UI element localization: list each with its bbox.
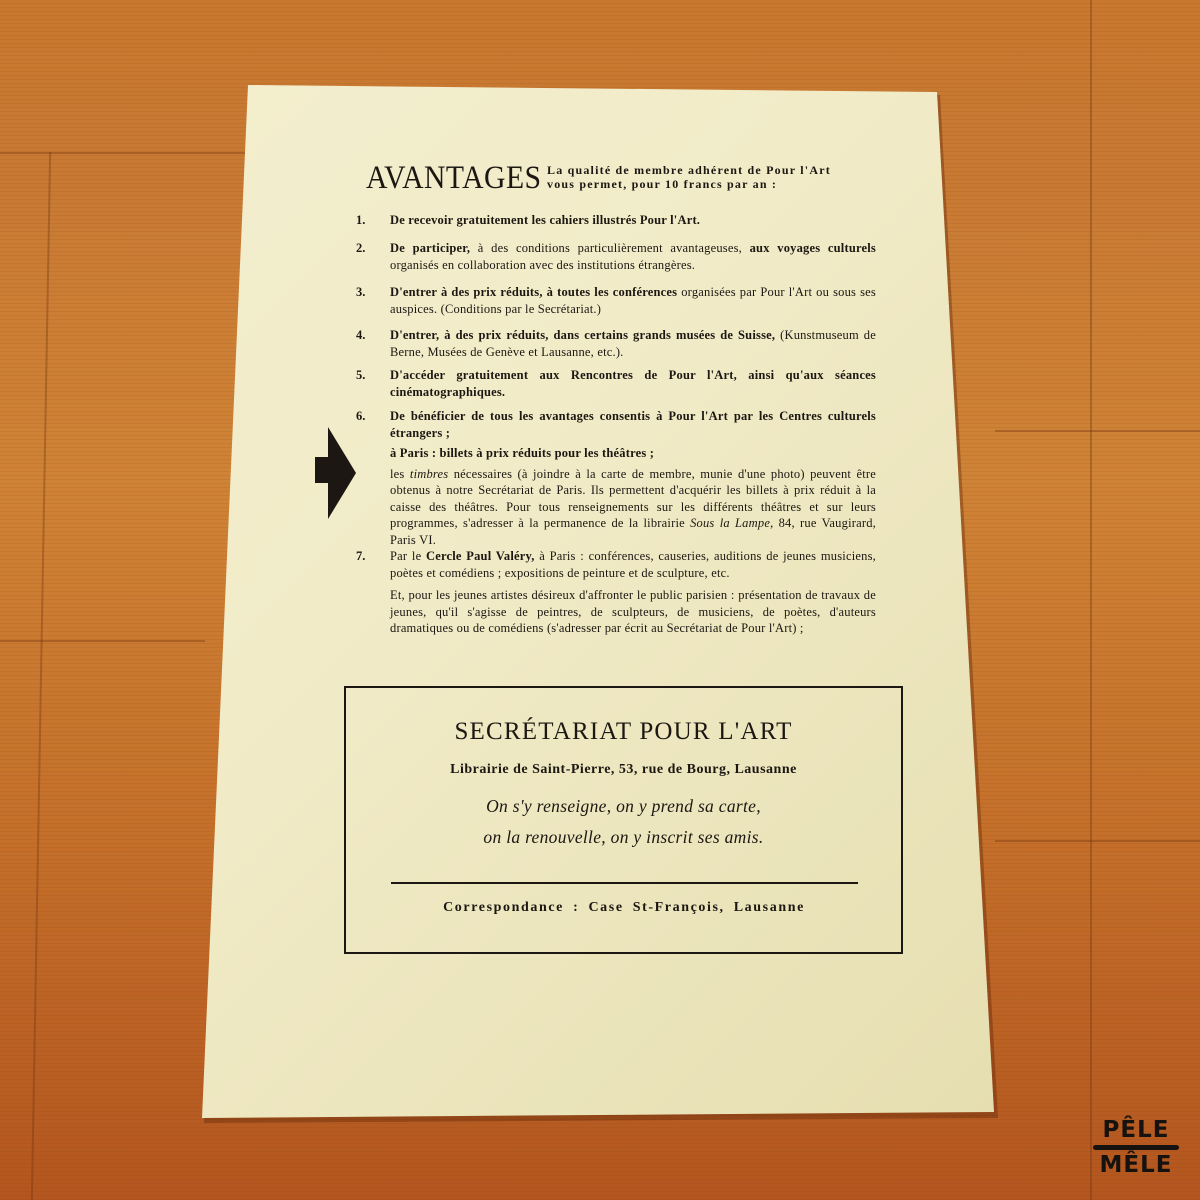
pele-mele-watermark-logo: PÊLE MÊLE <box>1091 1118 1181 1186</box>
item-number: 4. <box>356 327 382 344</box>
intro-line: vous permet, pour 10 francs par an : <box>547 177 872 191</box>
heading-row: AVANTAGES La qualité de membre adhérent … <box>366 158 876 198</box>
text-run: les <box>390 467 410 481</box>
slogan-line: on la renouvelle, on y inscrit ses amis. <box>346 822 901 853</box>
list-item-2: 2. De participer, à des conditions parti… <box>356 240 876 273</box>
text-run: organisés en collaboration avec des inst… <box>390 258 695 272</box>
list-item-5: 5. D'accéder gratuitement aux Rencontres… <box>356 367 876 400</box>
text-run: D'accéder gratuitement aux Rencontres de… <box>390 368 876 399</box>
text-run: D'entrer, à des prix réduits, dans certa… <box>390 328 775 342</box>
item-subparagraph: les timbres nécessaires (à joindre à la … <box>390 466 876 549</box>
text-run: Par le <box>390 549 426 563</box>
item-number: 5. <box>356 367 382 384</box>
text-run: De participer, <box>390 241 470 255</box>
item-text: De recevoir gratuitement les cahiers ill… <box>390 212 876 229</box>
text-run: aux voyages culturels <box>750 241 876 255</box>
text-run: Sous la Lampe <box>690 516 770 530</box>
secretariat-box: SECRÉTARIAT POUR L'ART Librairie de Sain… <box>344 686 903 954</box>
item-number: 6. <box>356 408 382 425</box>
text-run: à Paris : billets à prix réduits pour le… <box>390 446 654 460</box>
secretariat-address: Librairie de Saint-Pierre, 53, rue de Bo… <box>346 762 901 778</box>
item-text: D'entrer à des prix réduits, à toutes le… <box>390 284 876 317</box>
text-run: Cercle Paul Valéry, <box>426 549 535 563</box>
list-item-4: 4. D'entrer, à des prix réduits, dans ce… <box>356 327 876 360</box>
watermark-line: PÊLE <box>1091 1118 1181 1142</box>
item-subparagraph: à Paris : billets à prix réduits pour le… <box>390 445 876 462</box>
correspondence-address: Correspondance : Case St-François, Lausa… <box>390 900 858 916</box>
divider <box>391 882 858 884</box>
item-text: D'accéder gratuitement aux Rencontres de… <box>390 367 876 400</box>
list-item-7: 7. Par le Cercle Paul Valéry, à Paris : … <box>356 548 876 637</box>
list-item-3: 3. D'entrer à des prix réduits, à toutes… <box>356 284 876 317</box>
secretariat-slogan: On s'y renseigne, on y prend sa carte, o… <box>346 791 901 853</box>
text-run: Et, pour les jeunes artistes désireux d'… <box>390 588 876 635</box>
text-run: à des conditions particulièrement avanta… <box>470 241 749 255</box>
item-number: 7. <box>356 548 382 565</box>
item-text: De participer, à des conditions particul… <box>390 240 876 273</box>
right-arrow-icon <box>314 427 358 519</box>
text-run: D'entrer à des prix réduits, à toutes le… <box>390 285 677 299</box>
slogan-line: On s'y renseigne, on y prend sa carte, <box>346 791 901 822</box>
text-run: timbres <box>410 467 448 481</box>
intro-text: La qualité de membre adhérent de Pour l'… <box>547 163 872 191</box>
page-title: AVANTAGES <box>366 158 542 198</box>
item-number: 3. <box>356 284 382 301</box>
item-text: D'entrer, à des prix réduits, dans certa… <box>390 327 876 360</box>
item-text: De bénéficier de tous les avantages cons… <box>390 408 876 441</box>
watermark-line: MÊLE <box>1091 1153 1181 1177</box>
item-text: Par le Cercle Paul Valéry, à Paris : con… <box>390 548 876 581</box>
document-content: AVANTAGES La qualité de membre adhérent … <box>0 0 1200 1200</box>
secretariat-title: SECRÉTARIAT POUR L'ART <box>346 718 901 746</box>
item-number: 1. <box>356 212 382 229</box>
item-number: 2. <box>356 240 382 257</box>
text-run: De bénéficier de tous les avantages cons… <box>390 409 876 440</box>
list-item-6: 6. De bénéficier de tous les avantages c… <box>356 408 876 548</box>
watermark-bar <box>1093 1145 1179 1150</box>
item-subparagraph: Et, pour les jeunes artistes désireux d'… <box>390 587 876 637</box>
intro-line: La qualité de membre adhérent de Pour l'… <box>547 163 872 177</box>
text-run: De recevoir gratuitement les cahiers ill… <box>390 213 700 227</box>
list-item-1: 1. De recevoir gratuitement les cahiers … <box>356 212 876 229</box>
